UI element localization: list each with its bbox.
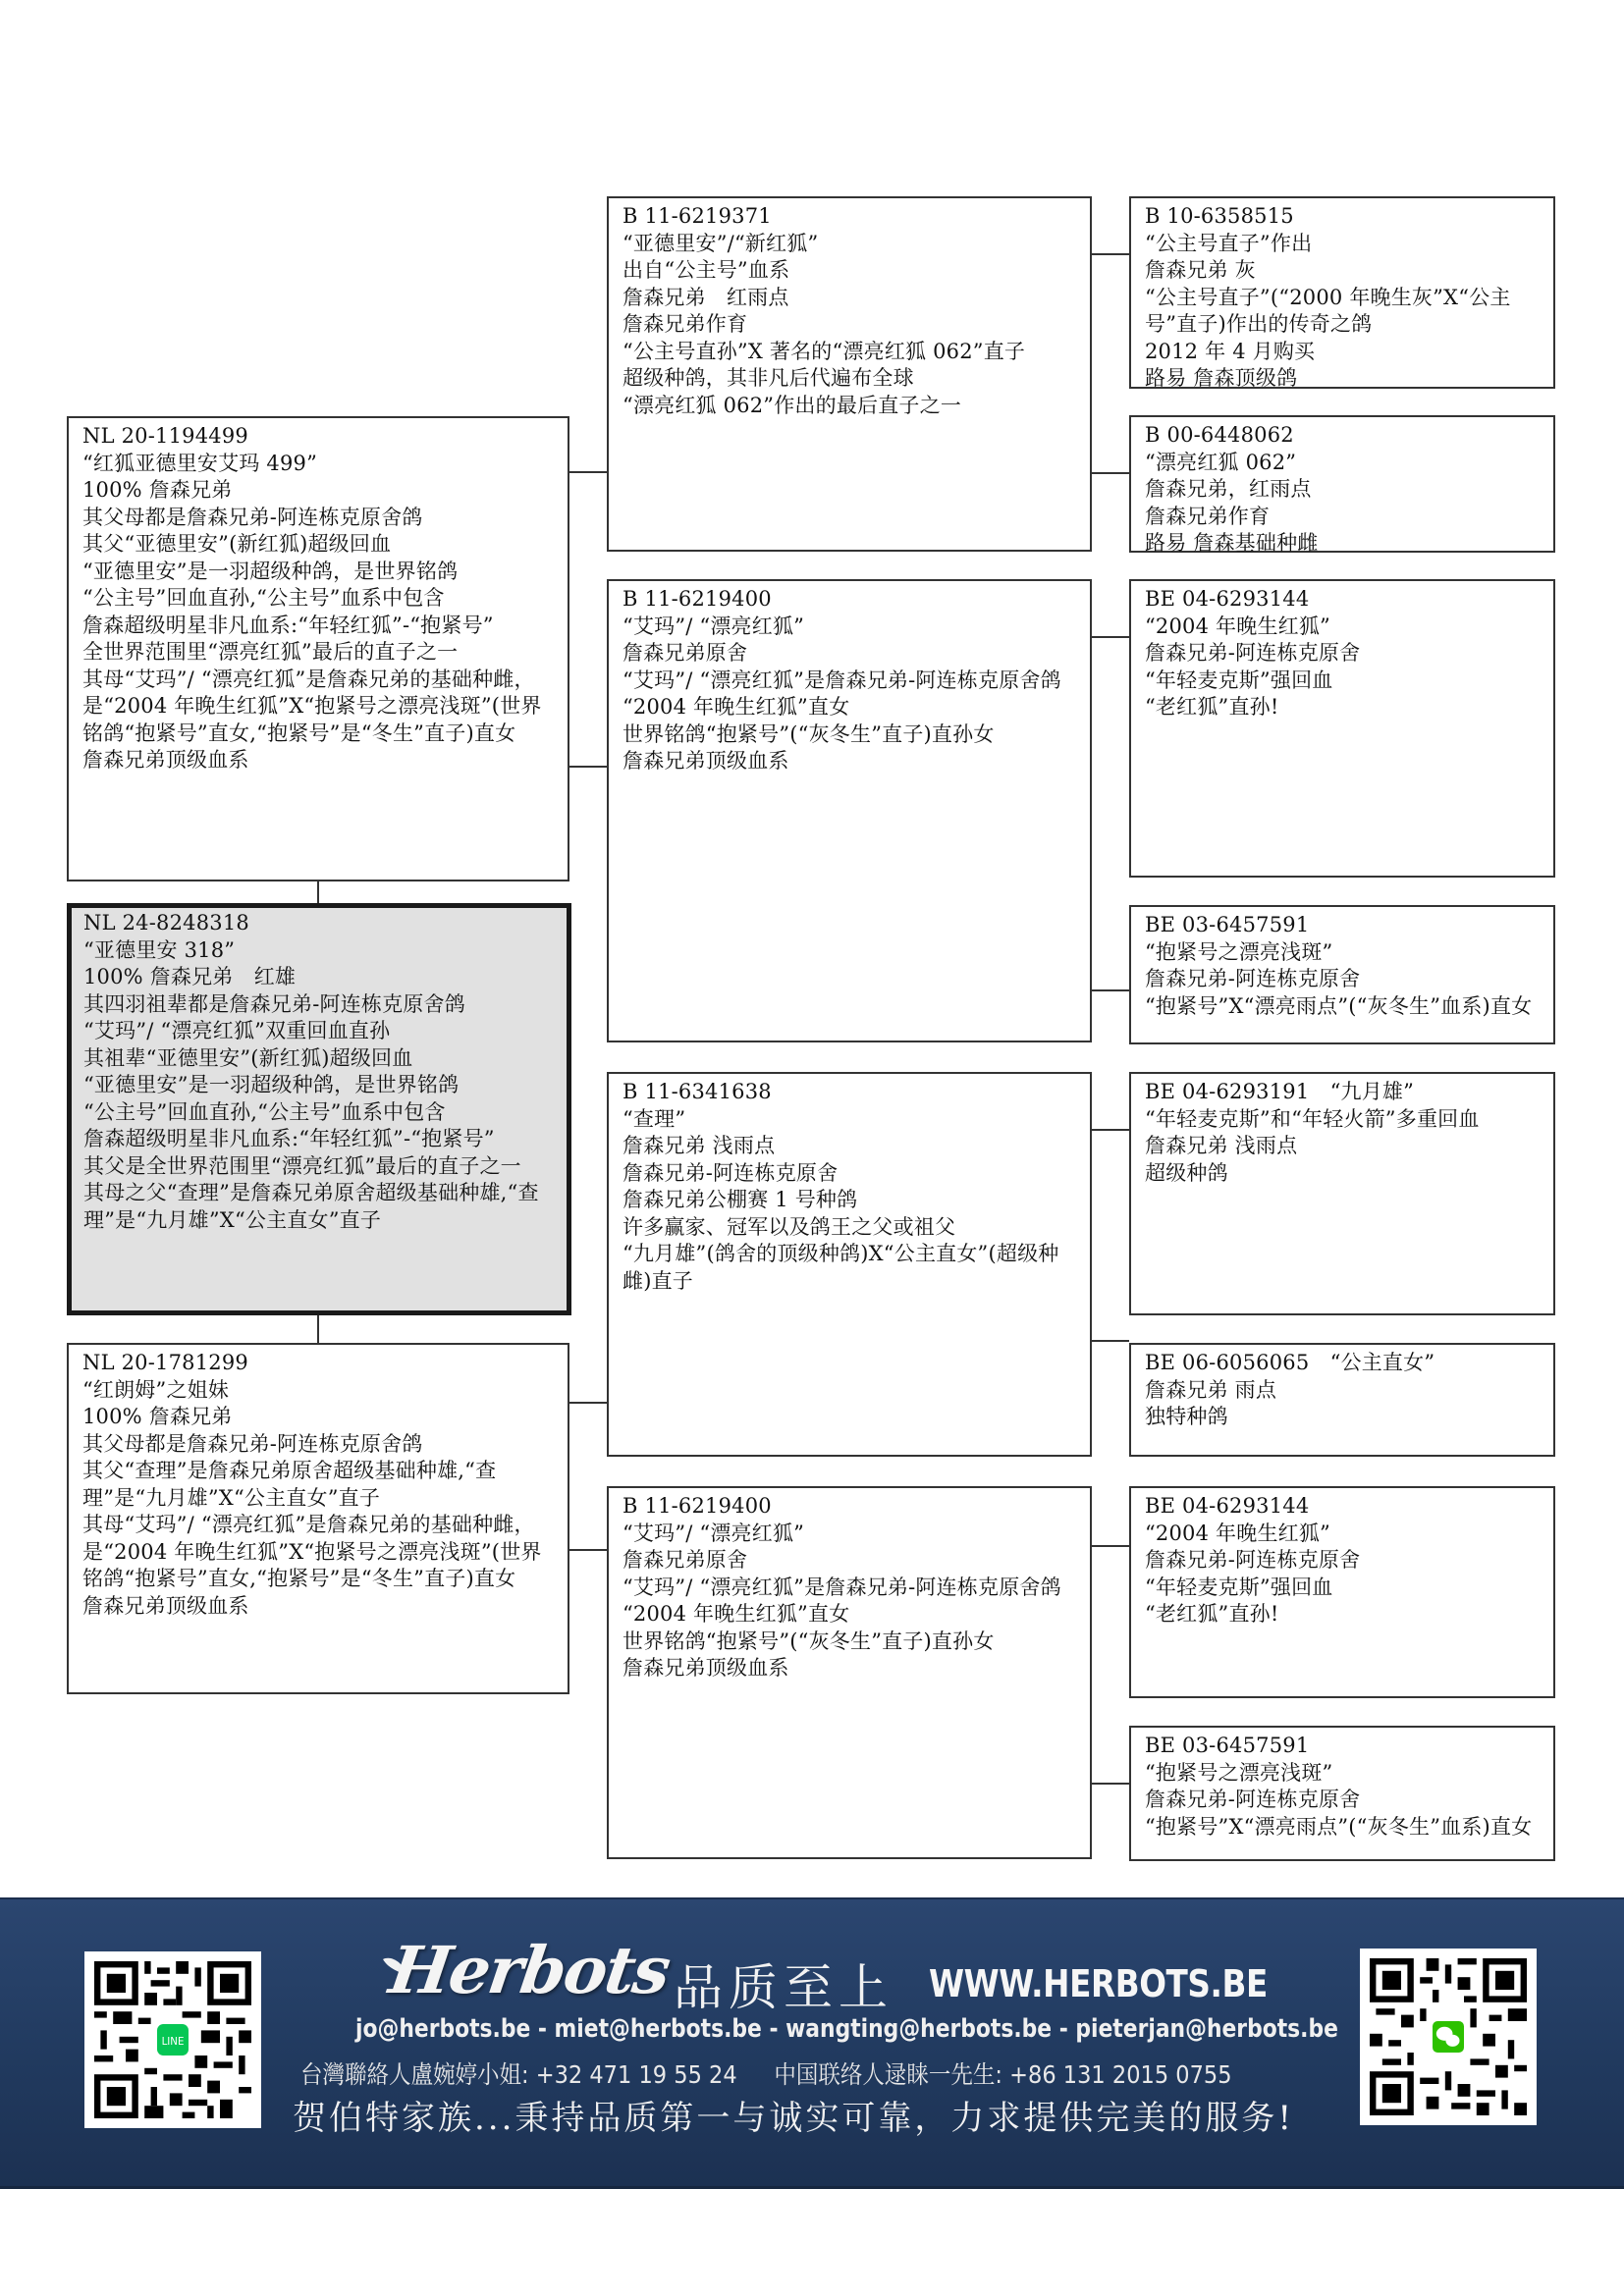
sire-sire-card: B 11-6219371 “亚德里安”/“新红狐” 出自“公主号”血系 詹森兄弟… xyxy=(607,196,1092,552)
great-grandparent-card-7: BE 04-6293144 “2004 年晚生红狐” 詹森兄弟-阿连栋克原舍 “… xyxy=(1129,1486,1555,1698)
ring-number: B 11-6219371 xyxy=(623,203,1076,231)
description-line: 詹森兄弟顶级血系 xyxy=(623,748,1076,775)
ring-number: BE 04-6293191 “九月雄” xyxy=(1145,1079,1540,1106)
pigeon-name: “红狐亚德里安艾玛 499” xyxy=(82,451,554,478)
connector xyxy=(1090,253,1129,255)
description-line: “公主号直子”(“2000 年晚生灰”X“公主号”直子)作出的传奇之鸽 xyxy=(1145,285,1540,339)
connector xyxy=(317,880,319,903)
description-line: 詹森兄弟顶级血系 xyxy=(82,1593,554,1621)
email-links[interactable]: jo@herbots.be - miet@herbots.be - wangti… xyxy=(355,2014,1338,2044)
description-line: 其母之父“查理”是詹森兄弟原舍超级基础种雄,“查理”是“九月雄”X“公主直女”直… xyxy=(83,1180,555,1234)
description-line: 许多赢家、冠军以及鸽王之父或祖父 xyxy=(623,1214,1076,1242)
description-line: 詹森兄弟，红雨点 xyxy=(1145,476,1540,504)
contact-taiwan: 台灣聯絡人盧婉婷小姐: +32 471 19 55 24 xyxy=(300,2060,737,2089)
connector xyxy=(568,1549,607,1551)
description-line: 詹森超级明星非凡血系:“年轻红狐”-“抱紧号” xyxy=(83,1126,555,1153)
website-link[interactable]: WWW.HERBOTS.BE xyxy=(929,1962,1268,2005)
svg-text:LINE: LINE xyxy=(162,2036,185,2048)
description-line: 其四羽祖辈都是詹森兄弟-阿连栋克原舍鸽 xyxy=(83,991,555,1019)
motto: 贺伯特家族...秉持品质第一与诚实可靠，力求提供完美的服务! xyxy=(293,2091,1294,2139)
pigeon-name: “漂亮红狐 062” xyxy=(1145,450,1540,477)
pigeon-name: “查理” xyxy=(623,1106,1076,1134)
ring-number: BE 03-6457591 xyxy=(1145,912,1540,939)
description-line: 詹森兄弟作育 xyxy=(1145,504,1540,531)
pigeon-name: “艾玛”/ “漂亮红狐” xyxy=(623,614,1076,641)
description-line: 詹森兄弟原舍 xyxy=(623,640,1076,667)
pigeon-name: “亚德里安”/“新红狐” xyxy=(623,231,1076,258)
description-line: “2004 年晚生红狐”直女 xyxy=(623,1601,1076,1629)
description-line: “漂亮红狐 062”作出的最后直子之一 xyxy=(623,393,1076,420)
description-line: 超级种鸽，其非凡后代遍布全球 xyxy=(623,365,1076,393)
description-line: 詹森兄弟 灰 xyxy=(1145,257,1540,285)
connector xyxy=(317,1313,319,1343)
description-line: “公主号”回血直孙,“公主号”血系中包含 xyxy=(83,1099,555,1127)
dam-card: NL 20-1781299 “红朗姆”之姐妹 100% 詹森兄弟 其父母都是詹森… xyxy=(67,1343,569,1694)
description-line: 超级种鸽 xyxy=(1145,1160,1540,1188)
description-line: “艾玛”/ “漂亮红狐”是詹森兄弟-阿连栋克原舍鸽 xyxy=(623,667,1076,695)
ring-number: BE 06-6056065 “公主直女” xyxy=(1145,1350,1540,1377)
description-line: 世界铭鸽“抱紧号”(“灰冬生”直子)直孙女 xyxy=(623,1629,1076,1656)
description-line: “年轻麦克斯”和“年轻火箭”多重回血 xyxy=(1145,1106,1540,1134)
description-line: “艾玛”/ “漂亮红狐”是詹森兄弟-阿连栋克原舍鸽 xyxy=(623,1575,1076,1602)
description-line: “艾玛”/ “漂亮红狐”双重回血直孙 xyxy=(83,1018,555,1045)
great-grandparent-card-3: BE 04-6293144 “2004 年晚生红狐” 詹森兄弟-阿连栋克原舍 “… xyxy=(1129,579,1555,878)
description-line: 詹森超级明星非凡血系:“年轻红狐”-“抱紧号” xyxy=(82,613,554,640)
description-line: 詹森兄弟-阿连栋克原舍 xyxy=(623,1160,1076,1188)
description-line: “亚德里安”是一羽超级种鸽，是世界铭鸽 xyxy=(83,1072,555,1099)
great-grandparent-card-5: BE 04-6293191 “九月雄” “年轻麦克斯”和“年轻火箭”多重回血 詹… xyxy=(1129,1072,1555,1315)
description-line: 詹森兄弟-阿连栋克原舍 xyxy=(1145,1787,1540,1814)
description-line: 其父母都是詹森兄弟-阿连栋克原舍鸽 xyxy=(82,1431,554,1459)
ring-number: NL 20-1781299 xyxy=(82,1350,554,1377)
description-line: 詹森兄弟-阿连栋克原舍 xyxy=(1145,640,1540,667)
dam-sire-card: B 11-6341638 “查理” 詹森兄弟 浅雨点 詹森兄弟-阿连栋克原舍 詹… xyxy=(607,1072,1092,1457)
description-line: 独特种鸽 xyxy=(1145,1404,1540,1431)
description-line: 其父“查理”是詹森兄弟原舍超级基础种雄,“查理”是“九月雄”X“公主直女”直子 xyxy=(82,1458,554,1512)
sire-card: NL 20-1194499 “红狐亚德里安艾玛 499” 100% 詹森兄弟 其… xyxy=(67,416,569,881)
description-line: “抱紧号”X“漂亮雨点”(“灰冬生”血系)直女 xyxy=(1145,993,1540,1021)
pigeon-name: “2004 年晚生红狐” xyxy=(1145,1521,1540,1548)
connector xyxy=(1090,472,1129,474)
connector xyxy=(568,471,607,473)
line-qr-code[interactable]: LINE xyxy=(84,1951,261,2128)
great-grandparent-card-1: B 10-6358515 “公主号直子”作出 詹森兄弟 灰 “公主号直子”(“2… xyxy=(1129,196,1555,389)
connector xyxy=(1090,1783,1129,1785)
ring-number: B 11-6341638 xyxy=(623,1079,1076,1106)
description-line: 其母“艾玛”/ “漂亮红狐”是詹森兄弟的基础种雌，是“2004 年晚生红狐”X“… xyxy=(82,667,554,748)
description-line: 詹森兄弟顶级血系 xyxy=(82,747,554,774)
connector xyxy=(568,1402,607,1404)
description-line: “亚德里安”是一羽超级种鸽，是世界铭鸽 xyxy=(82,559,554,586)
description-line: “2004 年晚生红狐”直女 xyxy=(623,694,1076,721)
description-line: 詹森兄弟 浅雨点 xyxy=(623,1133,1076,1160)
description-line: 詹森兄弟顶级血系 xyxy=(623,1655,1076,1682)
great-grandparent-card-4: BE 03-6457591 “抱紧号之漂亮浅斑” 詹森兄弟-阿连栋克原舍 “抱紧… xyxy=(1129,905,1555,1044)
contact-phones: 台灣聯絡人盧婉婷小姐: +32 471 19 55 24 中国联络人逯睐一先生:… xyxy=(300,2056,1262,2091)
description-line: 2012 年 4 月购买 xyxy=(1145,339,1540,366)
description-line: 其父“亚德里安”(新红狐)超级回血 xyxy=(82,531,554,559)
ring-number: BE 04-6293144 xyxy=(1145,1493,1540,1521)
description-line: 詹森兄弟-阿连栋克原舍 xyxy=(1145,966,1540,993)
slogan: 品质至上 xyxy=(674,1949,893,2019)
description-line: “老红狐”直孙! xyxy=(1145,1601,1540,1629)
connector xyxy=(1090,1340,1129,1342)
description-line: 出自“公主号”血系 xyxy=(623,257,1076,285)
connector xyxy=(1090,636,1129,638)
pigeon-name: “抱紧号之漂亮浅斑” xyxy=(1145,1760,1540,1788)
description-line: “公主号直孙”X 著名的“漂亮红狐 062”直子 xyxy=(623,339,1076,366)
qr-code-icon xyxy=(1370,1958,1527,2115)
ring-number: NL 20-1194499 xyxy=(82,423,554,451)
description-line: 其祖辈“亚德里安”(新红狐)超级回血 xyxy=(83,1045,555,1073)
description-line: 詹森兄弟 红雨点 xyxy=(623,285,1076,312)
description-line: 詹森兄弟原舍 xyxy=(623,1547,1076,1575)
description-line: 詹森兄弟 雨点 xyxy=(1145,1377,1540,1405)
great-grandparent-card-2: B 00-6448062 “漂亮红狐 062” 詹森兄弟，红雨点 詹森兄弟作育 … xyxy=(1129,415,1555,553)
breeder-line: 100% 詹森兄弟 xyxy=(82,477,554,505)
description-line: 詹森兄弟公棚赛 1 号种鸽 xyxy=(623,1187,1076,1214)
qr-code-icon: LINE xyxy=(94,1961,251,2118)
connector xyxy=(1090,1545,1129,1547)
description-line: 其父母都是詹森兄弟-阿连栋克原舍鸽 xyxy=(82,505,554,532)
ring-number: B 11-6219400 xyxy=(623,586,1076,614)
description-line: 全世界范围里“漂亮红狐”最后的直子之一 xyxy=(82,639,554,667)
description-line: 其母“艾玛”/ “漂亮红狐”是詹森兄弟的基础种雌，是“2004 年晚生红狐”X“… xyxy=(82,1512,554,1593)
great-grandparent-card-6: BE 06-6056065 “公主直女” 詹森兄弟 雨点 独特种鸽 xyxy=(1129,1343,1555,1457)
pigeon-name: “艾玛”/ “漂亮红狐” xyxy=(623,1521,1076,1548)
great-grandparent-card-8: BE 03-6457591 “抱紧号之漂亮浅斑” 詹森兄弟-阿连栋克原舍 “抱紧… xyxy=(1129,1726,1555,1861)
description-line: “年轻麦克斯”强回血 xyxy=(1145,667,1540,695)
wechat-qr-code[interactable] xyxy=(1360,1949,1537,2125)
description-line: 詹森兄弟作育 xyxy=(623,311,1076,339)
ring-number: NL 24-8248318 xyxy=(83,910,555,937)
connector xyxy=(568,766,607,768)
pigeon-name: “红朗姆”之姐妹 xyxy=(82,1377,554,1405)
breeder-line: 100% 詹森兄弟 xyxy=(82,1404,554,1431)
breeder-line: 100% 詹森兄弟 红雄 xyxy=(83,964,555,991)
connector xyxy=(1090,1129,1129,1131)
description-line: 詹森兄弟-阿连栋克原舍 xyxy=(1145,1547,1540,1575)
description-line: 路易 詹森基础种雌 xyxy=(1145,530,1540,558)
description-line: 詹森兄弟 浅雨点 xyxy=(1145,1133,1540,1160)
description-line: “年轻麦克斯”强回血 xyxy=(1145,1575,1540,1602)
herbots-logo: Herbots xyxy=(386,1932,674,2001)
description-line: 世界铭鸽“抱紧号”(“灰冬生”直子)直孙女 xyxy=(623,721,1076,749)
ring-number: B 10-6358515 xyxy=(1145,203,1540,231)
connector xyxy=(1090,989,1129,991)
ring-number: BE 03-6457591 xyxy=(1145,1733,1540,1760)
ring-number: B 11-6219400 xyxy=(623,1493,1076,1521)
contact-china: 中国联络人逯睐一先生: +86 131 2015 0755 xyxy=(774,2060,1231,2089)
dam-dam-card: B 11-6219400 “艾玛”/ “漂亮红狐” 詹森兄弟原舍 “艾玛”/ “… xyxy=(607,1486,1092,1859)
sire-dam-card: B 11-6219400 “艾玛”/ “漂亮红狐” 詹森兄弟原舍 “艾玛”/ “… xyxy=(607,579,1092,1042)
pigeon-name: “抱紧号之漂亮浅斑” xyxy=(1145,939,1540,967)
description-line: 其父是全世界范围里“漂亮红狐”最后的直子之一 xyxy=(83,1153,555,1181)
description-line: “抱紧号”X“漂亮雨点”(“灰冬生”血系)直女 xyxy=(1145,1814,1540,1842)
description-line: “老红狐”直孙! xyxy=(1145,694,1540,721)
subject-card: NL 24-8248318 “亚德里安 318” 100% 詹森兄弟 红雄 其四… xyxy=(67,903,571,1315)
pigeon-name: “2004 年晚生红狐” xyxy=(1145,614,1540,641)
ring-number: BE 04-6293144 xyxy=(1145,586,1540,614)
description-line: “公主号”回血直孙,“公主号”血系中包含 xyxy=(82,585,554,613)
pigeon-name: “公主号直子”作出 xyxy=(1145,231,1540,258)
pigeon-name: “亚德里安 318” xyxy=(83,937,555,965)
ring-number: B 00-6448062 xyxy=(1145,422,1540,450)
description-line: “九月雄”(鸽舍的顶级种鸽)X“公主直女”(超级种雌)直子 xyxy=(623,1241,1076,1295)
description-line: 路易 詹森顶级鸽 xyxy=(1145,365,1540,393)
